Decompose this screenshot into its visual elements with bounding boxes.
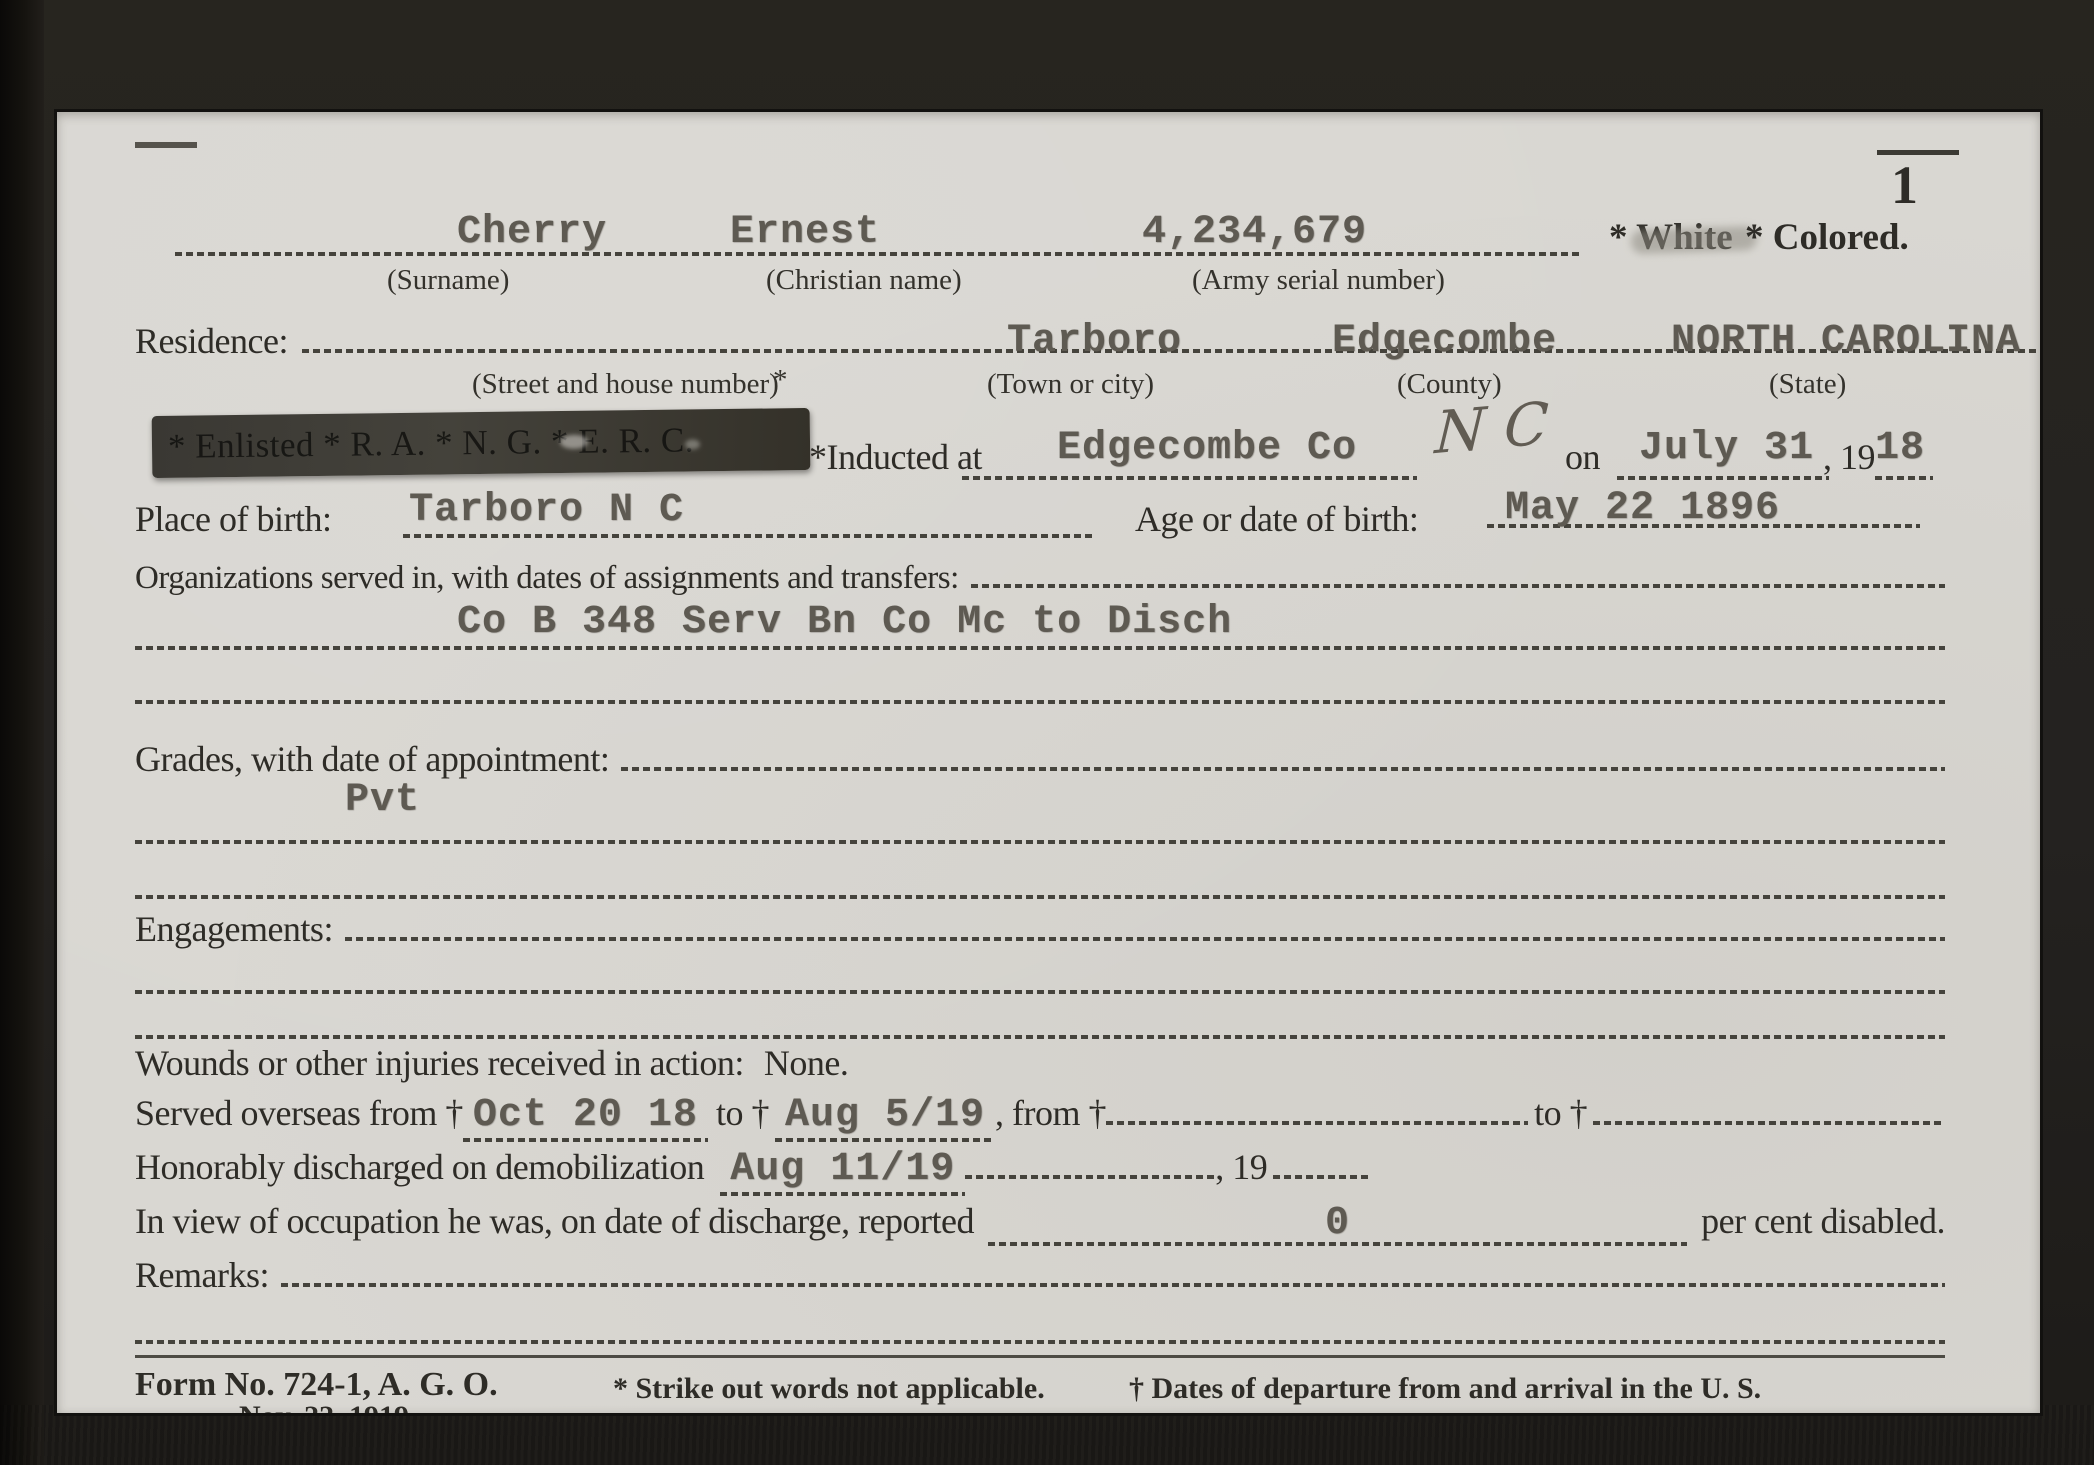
grades-line-dots bbox=[621, 759, 1945, 771]
form-number: Form No. 724-1, A. G. O. bbox=[135, 1366, 498, 1404]
service-record-card: 1 Cherry Ernest 4,234,679 * White * Colo… bbox=[57, 112, 2040, 1413]
overseas-from2-dots bbox=[1106, 1113, 1528, 1125]
overseas-to2-dots bbox=[1593, 1113, 1945, 1125]
overseas-from-label: Served overseas from † bbox=[135, 1092, 463, 1134]
organizations-row: Organizations served in, with dates of a… bbox=[135, 560, 1945, 597]
inducted-on-label: on bbox=[1565, 436, 1600, 478]
overseas-to2-label: to † bbox=[1534, 1092, 1587, 1134]
inducted-date-dots bbox=[1617, 476, 1829, 480]
inducted-at-label: *Inducted at bbox=[809, 436, 982, 478]
place-of-birth-label: Place of birth: bbox=[135, 498, 331, 540]
place-of-birth-value: Tarboro N C bbox=[409, 488, 684, 533]
age-or-birthdate-label: Age or date of birth: bbox=[1135, 498, 1418, 540]
discharge-row: Honorably discharged on demobilization A… bbox=[135, 1146, 1368, 1196]
birthdate-value: May 22 1896 bbox=[1505, 486, 1780, 531]
race-white-strike-smudge bbox=[1631, 226, 1758, 254]
blank-line-dots-6 bbox=[135, 1340, 1945, 1344]
inducted-place-value: Edgecombe Co bbox=[1057, 426, 1357, 471]
blank-line-dots-4 bbox=[135, 990, 1945, 994]
town-caption: (Town or city) bbox=[987, 368, 1154, 401]
discharge-dots-2 bbox=[1273, 1167, 1368, 1179]
blank-line-dots-3 bbox=[135, 895, 1945, 899]
form-date: Nov. 22, 1919 bbox=[239, 1400, 409, 1413]
wounds-row: Wounds or other injuries received in act… bbox=[135, 1042, 848, 1084]
race-white-option: * White bbox=[1609, 216, 1733, 259]
disability-value-slot: 0 bbox=[988, 1201, 1687, 1246]
enlistment-options-struck-text: * Enlisted * R. A. * N. G. * E. R. C. bbox=[168, 420, 694, 466]
inducted-place-handwritten: N C bbox=[1433, 389, 1550, 467]
surname-caption: (Surname) bbox=[387, 264, 509, 297]
discharge-year-label: , 19 bbox=[1215, 1146, 1267, 1188]
army-serial-number-value: 4,234,679 bbox=[1142, 210, 1367, 255]
inducted-year-value: 18 bbox=[1875, 426, 1925, 471]
organizations-line-dots bbox=[971, 576, 1945, 588]
wounds-label: Wounds or other injuries received in act… bbox=[135, 1042, 744, 1084]
inducted-date-value: July 31 bbox=[1639, 426, 1814, 471]
discharge-dots-1 bbox=[965, 1167, 1215, 1179]
remarks-line-dots bbox=[281, 1275, 1945, 1287]
place-of-birth-dots bbox=[403, 534, 1093, 538]
inducted-year-dots bbox=[1875, 476, 1933, 480]
book-binding-edge bbox=[0, 0, 44, 1465]
disability-label: In view of occupation he was, on date of… bbox=[135, 1200, 974, 1242]
residence-county-value: Edgecombe bbox=[1332, 319, 1557, 364]
remarks-row: Remarks: bbox=[135, 1254, 1945, 1296]
footnote-strike-out: * Strike out words not applicable. bbox=[613, 1372, 1045, 1406]
engagements-row: Engagements: bbox=[135, 908, 1945, 950]
footer-rule bbox=[135, 1355, 1945, 1358]
residence-town-value: Tarboro bbox=[1007, 319, 1182, 364]
residence-state-value: NORTH CAROLINA bbox=[1671, 319, 2021, 364]
enlistment-options-strikeout-bar: * Enlisted * R. A. * N. G. * E. R. C. bbox=[152, 408, 811, 478]
residence-row: Residence: Tarboro Edgecombe NORTH CAROL… bbox=[135, 320, 2040, 362]
overseas-from2-label: , from † bbox=[995, 1092, 1106, 1134]
overseas-to-date: Aug 5/19 bbox=[775, 1093, 995, 1142]
blank-line-dots-1 bbox=[135, 700, 1945, 704]
discharge-label: Honorably discharged on demobilization bbox=[135, 1146, 704, 1188]
page-number-rule bbox=[1877, 150, 1959, 155]
blank-line-dots-5 bbox=[135, 1035, 1945, 1039]
blank-line-dots-2 bbox=[135, 840, 1945, 844]
scan-background-texture bbox=[0, 1405, 2094, 1465]
organizations-underline-dots bbox=[135, 646, 1945, 650]
surname-value: Cherry bbox=[457, 210, 607, 255]
remarks-label: Remarks: bbox=[135, 1254, 269, 1296]
inducted-place-dots bbox=[962, 476, 1417, 480]
state-caption: (State) bbox=[1769, 368, 1846, 401]
race-colored-option: * Colored. bbox=[1745, 216, 1909, 259]
grades-value: Pvt bbox=[345, 778, 420, 823]
organizations-value: Co B 348 Serv Bn Co Mc to Disch bbox=[457, 600, 1232, 645]
corner-dash-mark bbox=[135, 142, 197, 148]
footnote-dagger: † Dates of departure from and arrival in… bbox=[1129, 1372, 1761, 1406]
street-caption: (Street and house number) bbox=[472, 368, 779, 401]
engagements-label: Engagements: bbox=[135, 908, 333, 950]
disability-row: In view of occupation he was, on date of… bbox=[135, 1200, 1945, 1246]
overseas-to-label: to † bbox=[716, 1092, 769, 1134]
street-caption-asterisk: * bbox=[773, 364, 788, 397]
disability-value: 0 bbox=[1325, 1201, 1350, 1246]
overseas-row: Served overseas from † Oct 20 18 to † Au… bbox=[135, 1092, 1945, 1142]
serial-number-caption: (Army serial number) bbox=[1192, 264, 1445, 297]
wounds-value: None. bbox=[764, 1042, 848, 1084]
christian-name-caption: (Christian name) bbox=[766, 264, 962, 297]
residence-label: Residence: bbox=[135, 320, 288, 362]
overseas-from-date: Oct 20 18 bbox=[463, 1093, 708, 1142]
inducted-year-printed: , 19 bbox=[1823, 436, 1875, 478]
grades-label: Grades, with date of appointment: bbox=[135, 738, 609, 780]
grades-row: Grades, with date of appointment: bbox=[135, 738, 1945, 780]
discharge-date: Aug 11/19 bbox=[720, 1147, 965, 1196]
organizations-label: Organizations served in, with dates of a… bbox=[135, 560, 959, 597]
engagements-line-dots bbox=[345, 929, 1945, 941]
christian-name-value: Ernest bbox=[730, 210, 880, 255]
disability-suffix: per cent disabled. bbox=[1701, 1200, 1945, 1242]
page-number: 1 bbox=[1891, 154, 1918, 216]
